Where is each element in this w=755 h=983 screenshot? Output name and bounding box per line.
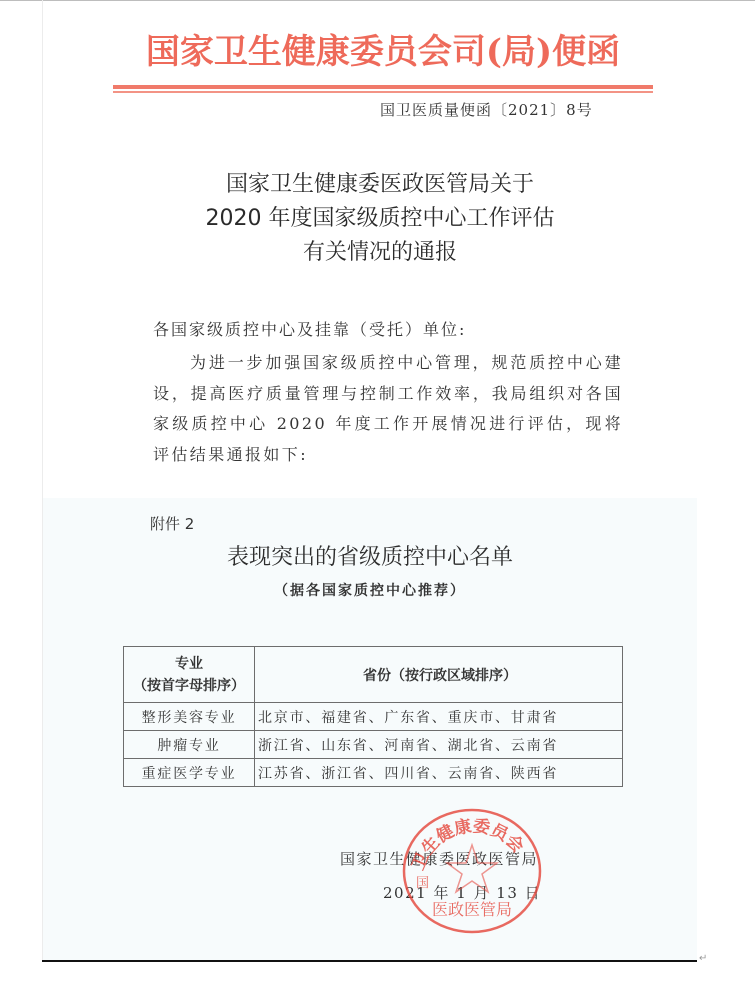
page-top-border <box>0 0 755 1</box>
header-specialty: 专业 （按首字母排序） <box>124 647 255 703</box>
notice-title-line-3: 有关情况的通报 <box>100 236 660 270</box>
attachment-label: 附件 2 <box>150 513 194 534</box>
notice-title-line-2: 2020 年度国家级质控中心工作评估 <box>100 202 660 236</box>
letterhead-rule-thick <box>113 85 653 89</box>
outstanding-centers-table: 专业 （按首字母排序） 省份（按行政区域排序） 整形美容专业 北京市、福建省、广… <box>123 646 623 787</box>
cell-specialty: 重症医学专业 <box>124 759 255 787</box>
header-specialty-line-1: 专业 <box>124 653 254 675</box>
table-row: 整形美容专业 北京市、福建省、广东省、重庆市、甘肃省 <box>124 703 623 731</box>
letterhead-title: 国家卫生健康委员会司(局)便函 <box>113 30 653 74</box>
cell-specialty: 整形美容专业 <box>124 703 255 731</box>
page-bottom-line <box>42 960 697 962</box>
cell-specialty: 肿瘤专业 <box>124 731 255 759</box>
header-specialty-line-2: （按首字母排序） <box>124 675 254 697</box>
issuer-signature: 国家卫生健康委医政医管局 <box>340 848 560 869</box>
letterhead-rule-thin <box>113 91 653 93</box>
paragraph-mark-icon: ↵ <box>699 953 707 964</box>
body-paragraph: 为进一步加强国家级质控中心管理，规范质控中心建设，提高医疗质量管理与控制工作效率… <box>153 348 623 470</box>
notice-title-line-1: 国家卫生健康委医政医管局关于 <box>100 168 660 202</box>
table-row: 重症医学专业 江苏省、浙江省、四川省、云南省、陕西省 <box>124 759 623 787</box>
cell-provinces: 北京市、福建省、广东省、重庆市、甘肃省 <box>255 703 623 731</box>
table-header-row: 专业 （按首字母排序） 省份（按行政区域排序） <box>124 647 623 703</box>
attachment-title: 表现突出的省级质控中心名单 <box>100 540 640 571</box>
notice-title: 国家卫生健康委医政医管局关于 2020 年度国家级质控中心工作评估 有关情况的通… <box>100 168 660 270</box>
attachment-subtitle: （据各国家质控中心推荐） <box>100 580 640 600</box>
cell-provinces: 浙江省、山东省、河南省、湖北省、云南省 <box>255 731 623 759</box>
issue-date: 2021 年 1 月 13 日 <box>383 882 541 903</box>
header-provinces: 省份（按行政区域排序） <box>255 647 623 703</box>
document-number: 国卫医质量便函〔2021〕8号 <box>380 99 610 120</box>
salutation: 各国家级质控中心及挂靠（受托）单位: <box>153 317 466 340</box>
cell-provinces: 江苏省、浙江省、四川省、云南省、陕西省 <box>255 759 623 787</box>
table-row: 肿瘤专业 浙江省、山东省、河南省、湖北省、云南省 <box>124 731 623 759</box>
